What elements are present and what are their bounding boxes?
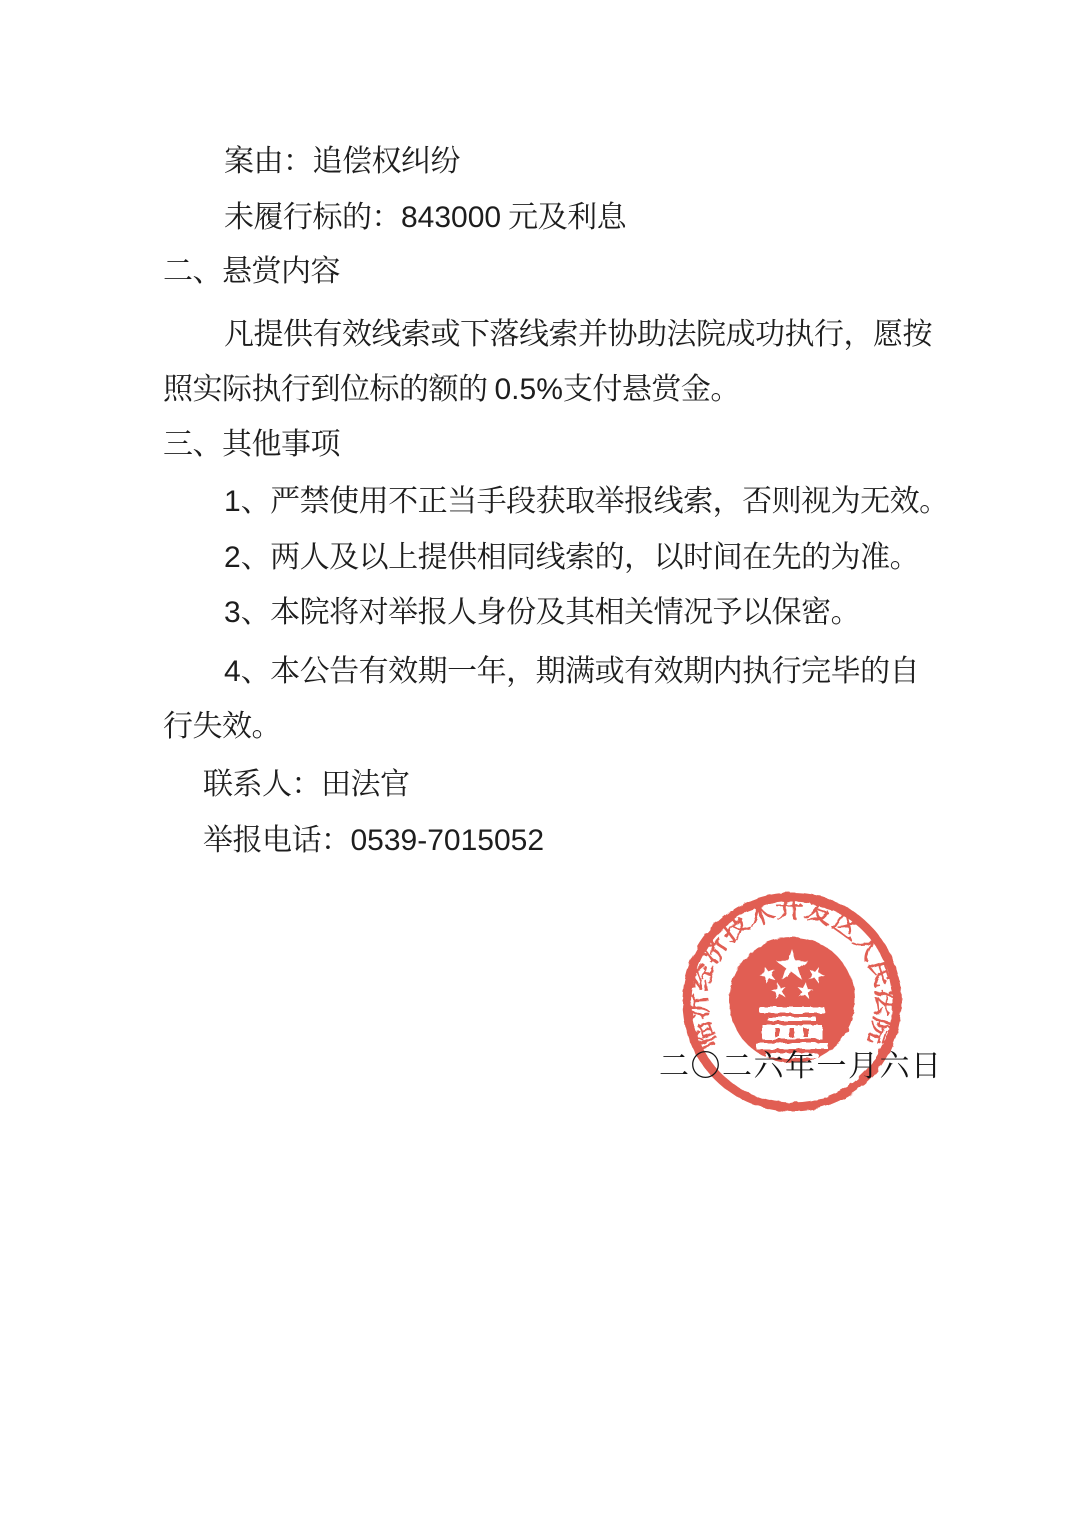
line-text: 元及利息: [501, 201, 626, 234]
section-2-heading: 二、悬赏内容: [163, 253, 340, 291]
target-amount: 843000: [401, 201, 501, 234]
phone-number: 0539-7015052: [351, 824, 545, 857]
other-item-3: 3、本院将对举报人身份及其相关情况予以保密。: [163, 594, 860, 632]
other-item-2: 2、两人及以上提供相同线索的，以时间在先的为准。: [163, 539, 919, 577]
heading-text: 三、其他事项: [163, 428, 340, 461]
item-number: 3: [224, 596, 241, 629]
line-text: 、本公告有效期一年，期满或有效期内执行完毕的自: [241, 655, 920, 688]
item-number: 2: [224, 541, 241, 574]
report-phone-line: 举报电话：0539-7015052: [163, 822, 544, 860]
date-text: 二〇二六年一月六日: [659, 1048, 943, 1086]
line-text: 、严禁使用不正当手段获取举报线索，否则视为无效。: [241, 485, 949, 518]
other-item-4-line-2: 行失效。: [163, 708, 281, 746]
other-item-4-line-1: 4、本公告有效期一年，期满或有效期内执行完毕的自: [163, 653, 919, 691]
line-text: 举报电话：: [203, 824, 351, 857]
line-text: 联系人：田法官: [203, 768, 410, 801]
section-3-heading: 三、其他事项: [163, 426, 340, 464]
line-text: 照实际执行到位标的额的: [163, 373, 495, 406]
heading-text: 二、悬赏内容: [163, 255, 340, 288]
item-number: 4: [224, 655, 241, 688]
line-text: 未履行标的：: [224, 201, 401, 234]
other-item-1: 1、严禁使用不正当手段获取举报线索，否则视为无效。: [163, 483, 949, 521]
reward-paragraph-line-2: 照实际执行到位标的额的 0.5%支付悬赏金。: [163, 371, 740, 409]
national-emblem-icon: [729, 937, 855, 1063]
line-text: 行失效。: [163, 710, 281, 743]
case-cause-line: 案由：追偿权纠纷: [163, 143, 460, 181]
line-text: 、本院将对举报人身份及其相关情况予以保密。: [241, 596, 861, 629]
unperformed-target-line: 未履行标的：843000 元及利息: [163, 199, 626, 237]
reward-percentage: 0.5%: [495, 373, 563, 406]
line-text: 、两人及以上提供相同线索的，以时间在先的为准。: [241, 541, 920, 574]
announcement-body: 案由：追偿权纠纷 未履行标的：843000 元及利息 二、悬赏内容 凡提供有效线…: [163, 0, 953, 1527]
contact-person-line: 联系人：田法官: [163, 766, 410, 804]
line-text: 凡提供有效线索或下落线索并协助法院成功执行，愿按: [224, 318, 932, 351]
line-text: 支付悬赏金。: [563, 373, 740, 406]
reward-paragraph-line-1: 凡提供有效线索或下落线索并协助法院成功执行，愿按: [163, 316, 932, 354]
item-number: 1: [224, 485, 241, 518]
line-text: 案由：追偿权纠纷: [224, 145, 460, 178]
